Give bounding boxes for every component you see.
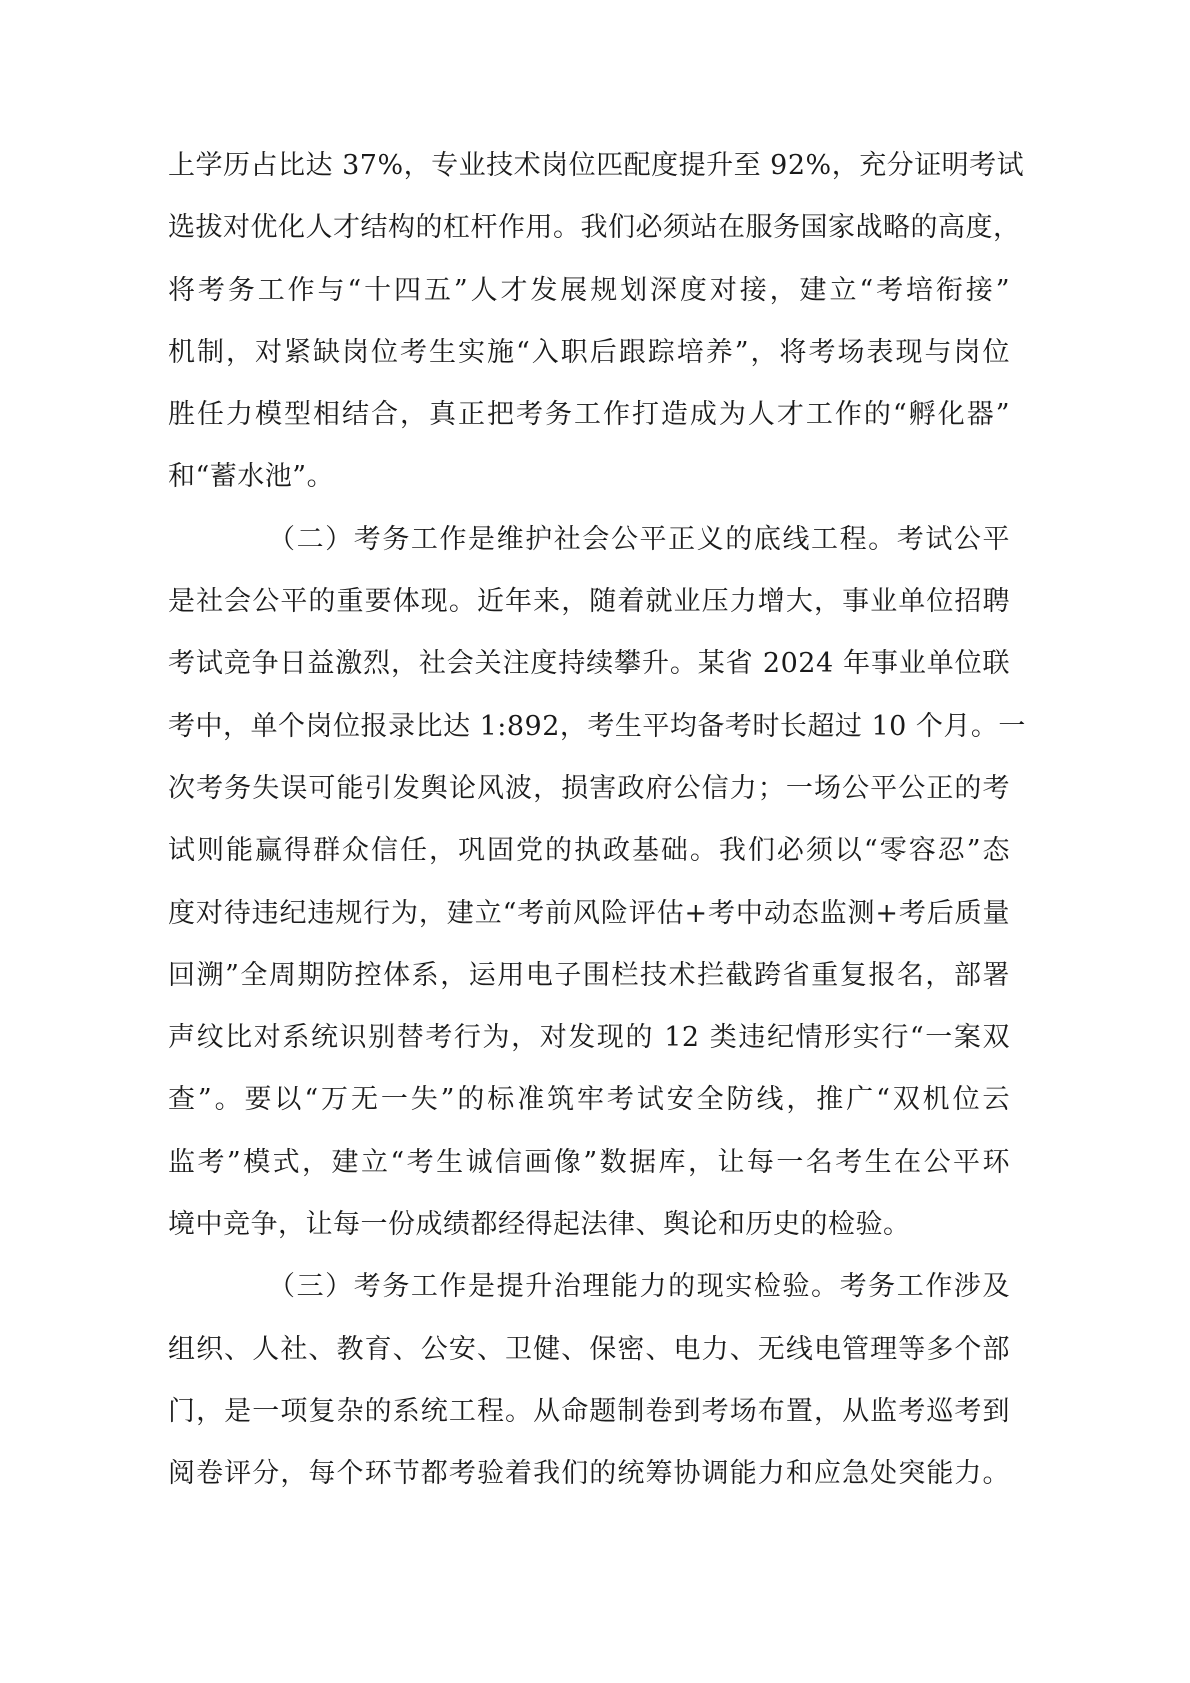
text-line: 次考务失误可能引发舆论风波，损害政府公信力；一场公平公正的考	[168, 763, 1010, 825]
text-line: 组织、人社、教育、公安、卫健、保密、电力、无线电管理等多个部	[168, 1324, 1010, 1386]
text-line: 上学历占比达 37%，专业技术岗位匹配度提升至 92%，充分证明考试	[168, 140, 1010, 202]
text-line: 查”。要以“万无一失”的标准筑牢考试安全防线，推广“双机位云	[168, 1074, 1010, 1136]
text-line: 门，是一项复杂的系统工程。从命题制卷到考场布置，从监考巡考到	[168, 1386, 1010, 1448]
paragraph-section-2-fairness: （二）考务工作是维护社会公平正义的底线工程。考试公平 是社会公平的重要体现。近年…	[168, 514, 1018, 1262]
text-line: 和“蓄水池”。	[168, 451, 1018, 513]
document-page: 上学历占比达 37%，专业技术岗位匹配度提升至 92%，充分证明考试 选拔对优化…	[168, 140, 1018, 1511]
section-heading-line: （三）考务工作是提升治理能力的现实检验。考务工作涉及	[168, 1261, 1010, 1323]
section-heading-line: （二）考务工作是维护社会公平正义的底线工程。考试公平	[168, 514, 1010, 576]
text-line: 声纹比对系统识别替考行为，对发现的 12 类违纪情形实行“一案双	[168, 1012, 1010, 1074]
text-line: 度对待违纪违规行为，建立“考前风险评估+考中动态监测+考后质量	[168, 888, 1010, 950]
text-line: 阅卷评分，每个环节都考验着我们的统筹协调能力和应急处突能力。	[168, 1448, 1010, 1510]
text-line: 回溯”全周期防控体系，运用电子围栏技术拦截跨省重复报名，部署	[168, 950, 1010, 1012]
text-line: 胜任力模型相结合，真正把考务工作打造成为人才工作的“孵化器”	[168, 389, 1010, 451]
text-line: 试则能赢得群众信任，巩固党的执政基础。我们必须以“零容忍”态	[168, 825, 1010, 887]
text-line: 是社会公平的重要体现。近年来，随着就业压力增大，事业单位招聘	[168, 576, 1010, 638]
text-line: 机制，对紧缺岗位考生实施“入职后跟踪培养”，将考场表现与岗位	[168, 327, 1010, 389]
paragraph-section-3-governance: （三）考务工作是提升治理能力的现实检验。考务工作涉及 组织、人社、教育、公安、卫…	[168, 1261, 1018, 1510]
text-line: 考中，单个岗位报录比达 1:892，考生平均备考时长超过 10 个月。一	[168, 701, 1010, 763]
paragraph-talent-structure: 上学历占比达 37%，专业技术岗位匹配度提升至 92%，充分证明考试 选拔对优化…	[168, 140, 1018, 514]
text-line: 考试竞争日益激烈，社会关注度持续攀升。某省 2024 年事业单位联	[168, 638, 1010, 700]
text-line: 将考务工作与“十四五”人才发展规划深度对接，建立“考培衔接”	[168, 265, 1010, 327]
text-line: 境中竞争，让每一份成绩都经得起法律、舆论和历史的检验。	[168, 1199, 1018, 1261]
text-line: 监考”模式，建立“考生诚信画像”数据库，让每一名考生在公平环	[168, 1137, 1010, 1199]
text-line: 选拔对优化人才结构的杠杆作用。我们必须站在服务国家战略的高度，	[168, 202, 1010, 264]
